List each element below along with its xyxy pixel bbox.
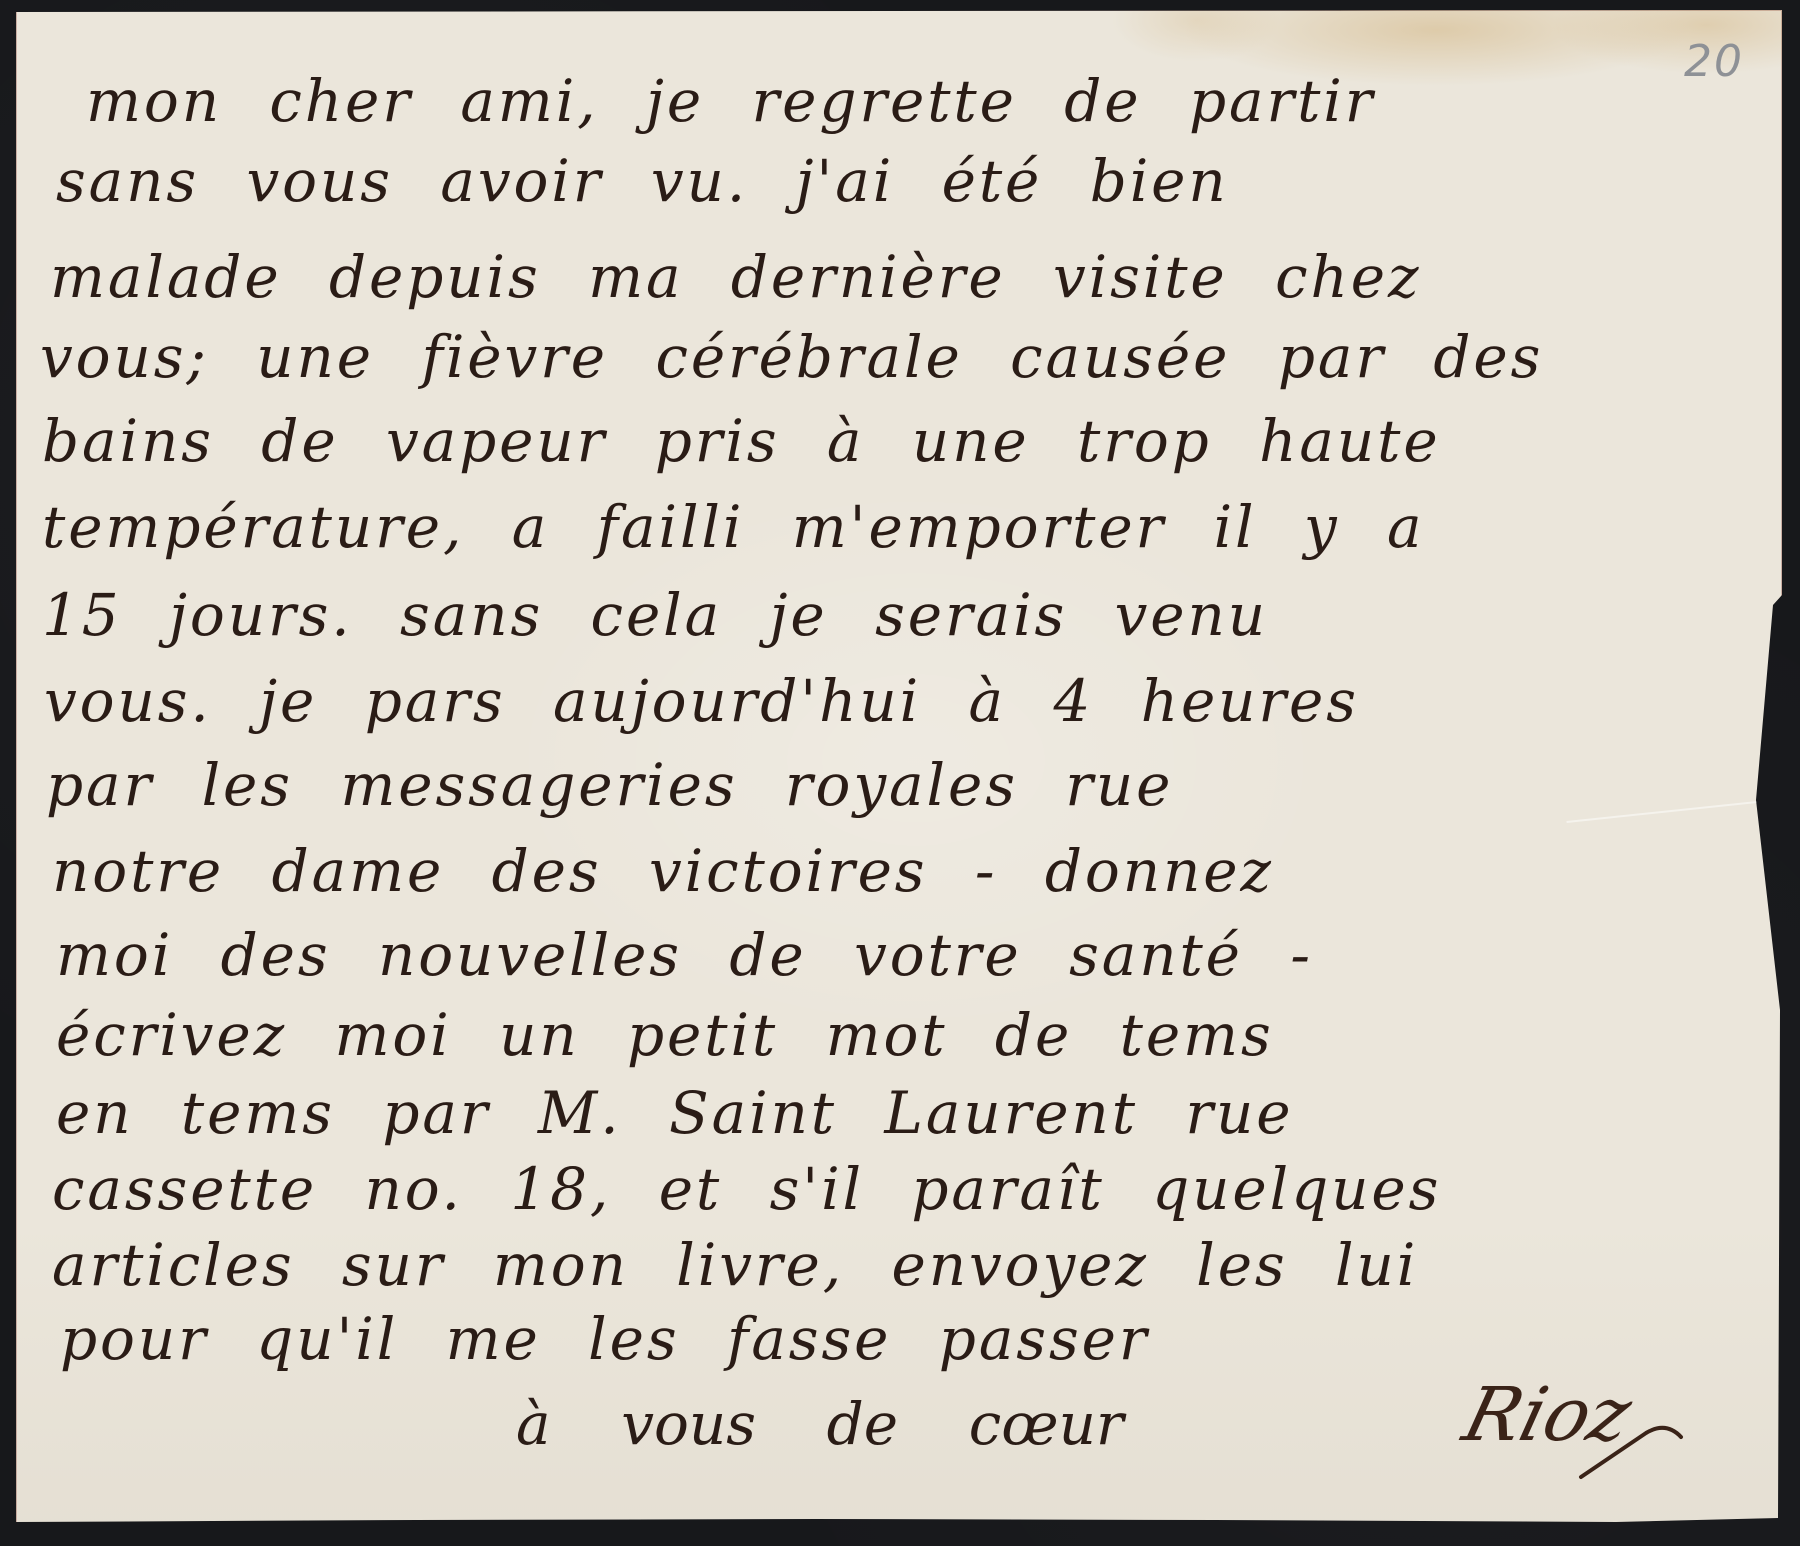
- letter-line-1: mon cher ami, je regrette de partir: [86, 72, 1375, 130]
- letter-line-16: pour qu'il me les fasse passer: [60, 1310, 1149, 1368]
- letter-line-6: température, a failli m'emporter il y a: [42, 498, 1425, 556]
- signature-flourish-icon: [1576, 1415, 1696, 1485]
- letter-body: mon cher ami, je regrette de partir sans…: [16, 10, 1782, 1524]
- letter-sheet: 20 mon cher ami, je regrette de partir s…: [16, 10, 1782, 1524]
- letter-line-13: en tems par M. Saint Laurent rue: [56, 1084, 1293, 1142]
- letter-line-12: écrivez moi un petit mot de tems: [56, 1006, 1274, 1064]
- letter-line-9: par les messageries royales rue: [46, 756, 1173, 814]
- letter-line-14: cassette no. 18, et s'il paraît quelques: [52, 1160, 1441, 1218]
- letter-line-3: malade depuis ma dernière visite chez: [50, 248, 1421, 306]
- letter-line-8: vous. je pars aujourd'hui à 4 heures: [44, 672, 1359, 730]
- letter-line-4: vous; une fièvre cérébrale causée par de…: [40, 328, 1543, 386]
- letter-line-7: 15 jours. sans cela je serais venu: [42, 586, 1268, 644]
- letter-line-11: moi des nouvelles de votre santé -: [56, 926, 1313, 984]
- letter-line-10: notre dame des victoires - donnez: [52, 842, 1274, 900]
- letter-line-2: sans vous avoir vu. j'ai été bien: [56, 152, 1229, 210]
- letter-closing: à vous de cœur: [516, 1390, 1124, 1458]
- letter-line-5: bains de vapeur pris à une trop haute: [42, 412, 1441, 470]
- letter-line-15: articles sur mon livre, envoyez les lui: [52, 1236, 1418, 1294]
